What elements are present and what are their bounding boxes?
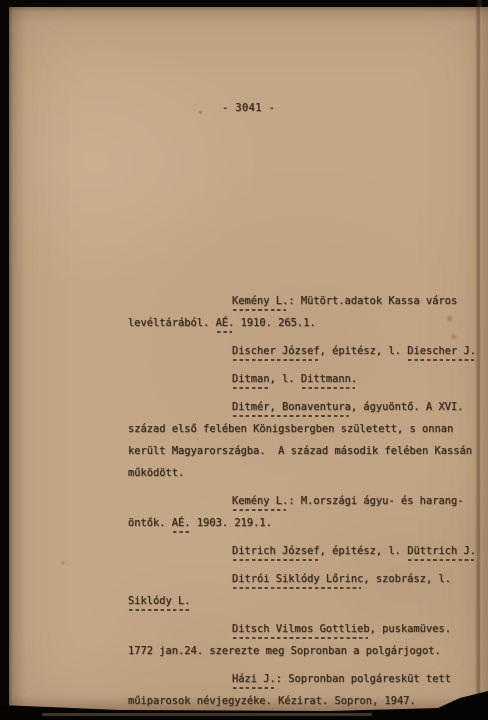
entry-text: , l. bbox=[270, 373, 301, 385]
scan-edge-highlight bbox=[42, 713, 372, 716]
entry-paragraph: Ditmér, Bonaventura, ágyuöntő. A XVI. sz… bbox=[128, 396, 480, 484]
entry-paragraph: Ditrich József, épitész, l. Düttrich J. bbox=[128, 540, 480, 562]
underlined-term: Discher József bbox=[232, 345, 320, 357]
scanned-document-page: - 3041 - Kemény L.: Mütört.adatok Kassa … bbox=[0, 0, 488, 720]
underlined-term: Ditsch Vilmos Gottlieb bbox=[232, 623, 370, 635]
entry-paragraph: Ditman, l. Dittmann. bbox=[128, 368, 480, 390]
entry-paragraph: Kemény L.: M.országi ágyu- és harang-önt… bbox=[128, 490, 480, 534]
entry-paragraph: Ditsch Vilmos Gottlieb, puskamüves. 1772… bbox=[128, 618, 480, 662]
entry-text: 1910. 265.1. bbox=[234, 317, 315, 329]
entry-text: , szobrász, l. bbox=[363, 573, 451, 585]
underlined-term: Düttrich J. bbox=[407, 545, 476, 557]
entry-text: : Sopronban polgáresküt tett műiparosok … bbox=[128, 673, 451, 707]
entry-paragraph: Házi J.: Sopronban polgáresküt tett műip… bbox=[128, 668, 480, 712]
bibliography-entries: Kemény L.: Mütört.adatok Kassa város lev… bbox=[128, 290, 480, 718]
underlined-term: Siklódy L. bbox=[128, 595, 191, 607]
entry-text: 1903. 219.1. bbox=[191, 517, 272, 529]
underlined-term: Ditrói Siklódy Lőrinc bbox=[232, 573, 363, 585]
underlined-term: Ditmér, Bonaventura bbox=[232, 401, 351, 413]
page-number: - 3041 - bbox=[222, 97, 275, 119]
underlined-term: AÉ. bbox=[216, 317, 235, 329]
underlined-term: Kemény L. bbox=[232, 495, 288, 507]
underlined-term: AÉ. bbox=[172, 517, 191, 529]
underlined-term: Diescher J. bbox=[407, 345, 476, 357]
entry-paragraph: Ditrói Siklódy Lőrinc, szobrász, l. Sikl… bbox=[128, 568, 480, 612]
underlined-term: Ditman bbox=[232, 373, 270, 385]
entry-text: , épitész, l. bbox=[320, 545, 408, 557]
entry-paragraph: Discher József, épitész, l. Diescher J. bbox=[128, 340, 480, 362]
underlined-term: Kemény L. bbox=[232, 295, 288, 307]
underlined-term: Házi J. bbox=[232, 673, 276, 685]
entry-paragraph: Kemény L.: Mütört.adatok Kassa város lev… bbox=[128, 290, 480, 334]
underlined-term: Ditrich József bbox=[232, 545, 320, 557]
entry-text: , épitész, l. bbox=[320, 345, 408, 357]
underlined-term: Dittmann. bbox=[301, 373, 357, 385]
